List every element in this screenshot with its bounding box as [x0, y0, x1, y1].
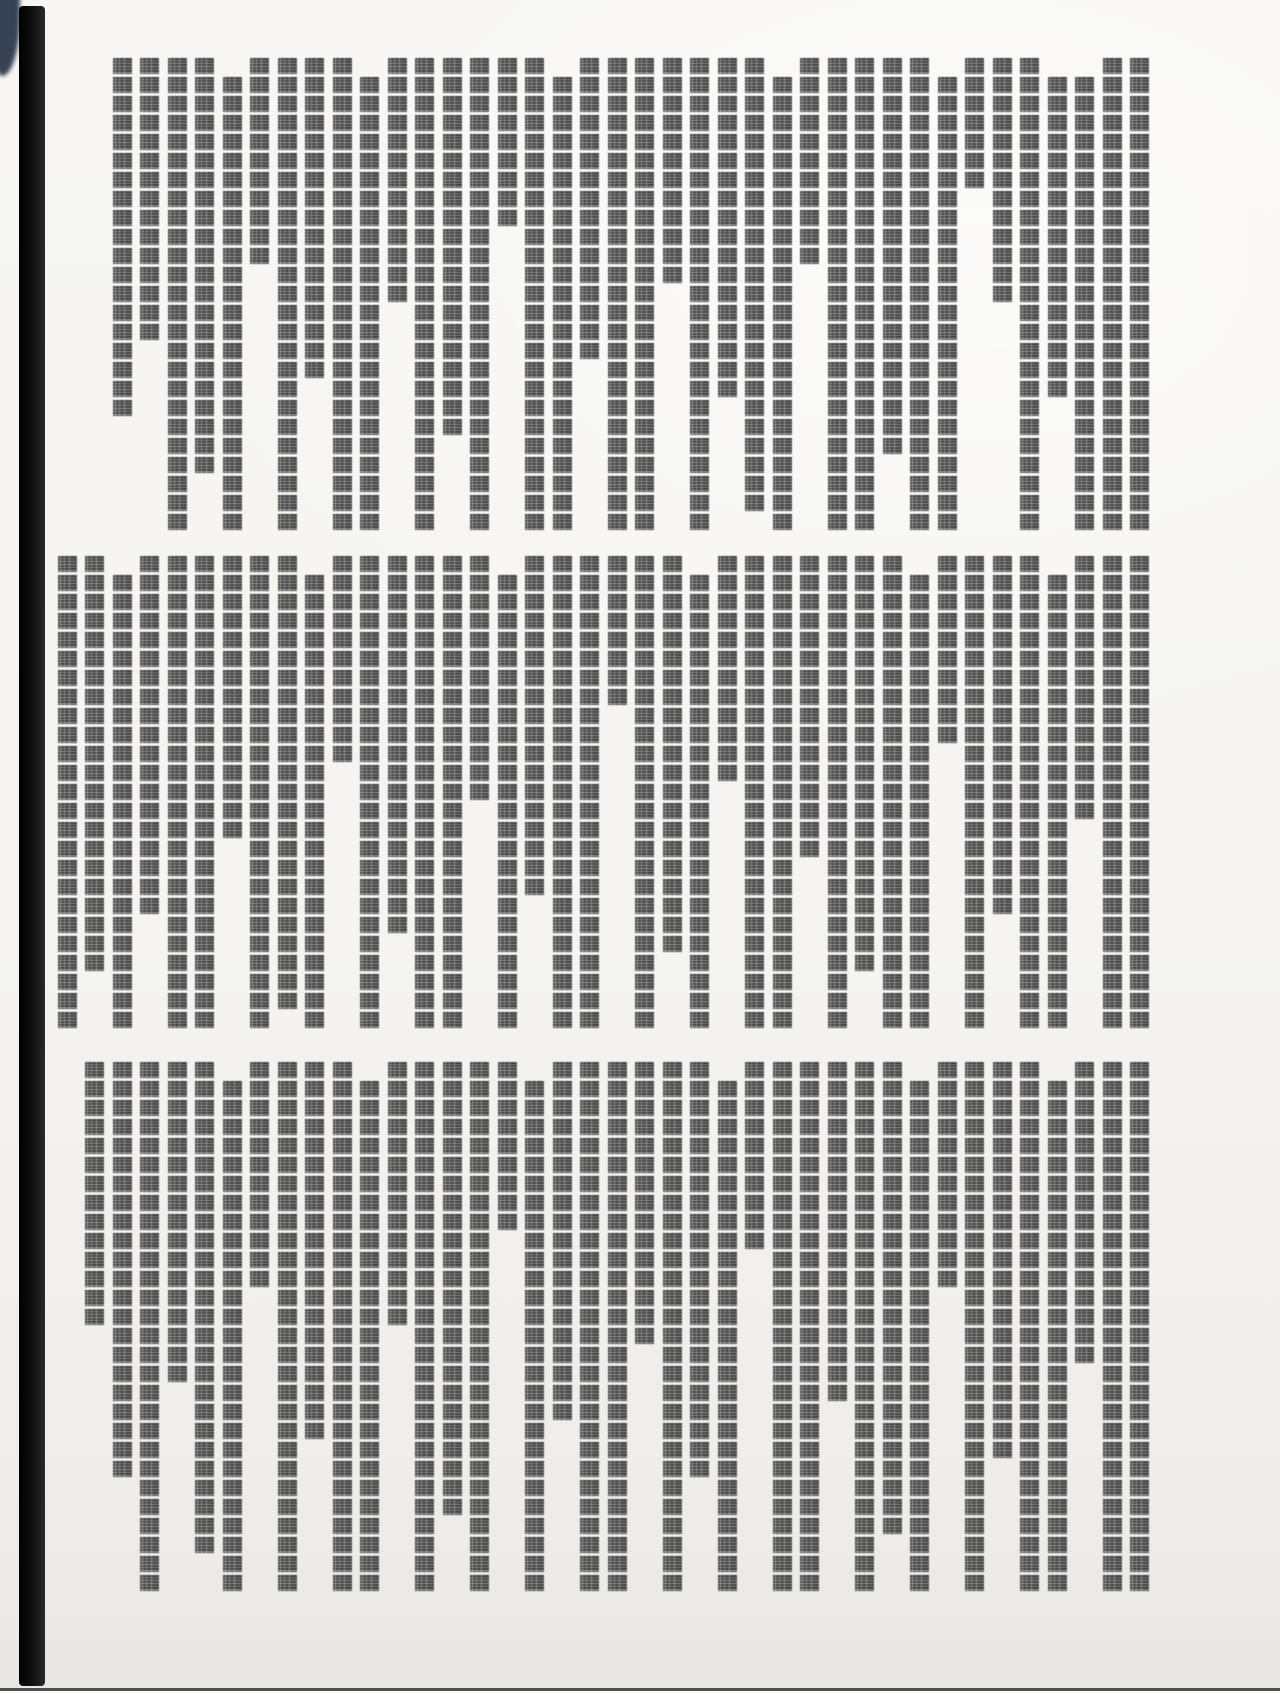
text-column — [1048, 1081, 1067, 1594]
text-column — [415, 1062, 434, 1594]
text-column — [883, 1062, 902, 1537]
text-column — [470, 1062, 489, 1594]
text-column — [360, 556, 379, 1031]
text-column — [993, 1062, 1012, 1461]
text-column — [883, 556, 902, 1031]
text-column — [553, 77, 572, 533]
text-column — [1048, 77, 1067, 400]
text-column — [690, 1062, 709, 1480]
text-column — [250, 556, 269, 1031]
text-column — [168, 556, 187, 1031]
text-column — [773, 1062, 792, 1594]
text-column — [1103, 1062, 1122, 1594]
text-column — [773, 77, 792, 533]
text-column — [1103, 58, 1122, 533]
text-column — [938, 1062, 957, 1290]
text-column — [745, 58, 764, 514]
text-block-bottom — [85, 1062, 1149, 1594]
text-column — [718, 58, 737, 400]
text-column — [553, 1062, 572, 1423]
text-column — [388, 58, 407, 305]
text-column — [333, 1062, 352, 1594]
text-column — [993, 58, 1012, 305]
text-column — [498, 58, 517, 229]
text-column — [113, 575, 132, 1031]
text-column — [250, 1062, 269, 1290]
text-column — [498, 1062, 517, 1233]
text-column — [993, 556, 1012, 917]
text-column — [663, 1062, 682, 1594]
text-column — [828, 58, 847, 533]
text-column — [883, 58, 902, 457]
text-column — [663, 556, 682, 955]
text-column — [140, 556, 159, 917]
text-column — [195, 556, 214, 1031]
text-column — [828, 556, 847, 1031]
text-column — [800, 58, 819, 267]
text-column — [745, 1062, 764, 1252]
text-column — [910, 58, 929, 533]
text-column — [938, 556, 957, 746]
text-column — [388, 1062, 407, 1328]
text-column — [168, 1062, 187, 1385]
text-column — [690, 58, 709, 533]
text-column — [470, 556, 489, 803]
text-column — [800, 1062, 819, 1594]
scan-corner-smudge — [0, 0, 20, 76]
text-column — [965, 556, 984, 1031]
text-column — [718, 556, 737, 784]
text-column — [498, 575, 517, 1031]
text-column — [443, 1062, 462, 1518]
text-column — [195, 1062, 214, 1556]
text-block-top — [113, 58, 1150, 533]
text-column — [800, 556, 819, 860]
text-column — [278, 58, 297, 533]
text-column — [443, 556, 462, 1031]
text-column — [278, 1062, 297, 1594]
text-column — [360, 1081, 379, 1594]
text-column — [635, 58, 654, 533]
text-column — [965, 1062, 984, 1594]
text-column — [745, 556, 764, 1031]
text-column — [663, 58, 682, 286]
text-column — [965, 58, 984, 191]
text-column — [388, 556, 407, 936]
text-column — [333, 556, 352, 765]
text-column — [525, 1081, 544, 1594]
text-column — [1020, 58, 1039, 533]
text-column — [140, 58, 159, 343]
text-column — [855, 556, 874, 974]
text-column — [855, 58, 874, 533]
text-column — [278, 556, 297, 1012]
text-column — [470, 58, 489, 533]
text-column — [608, 1062, 627, 1594]
text-column — [553, 556, 572, 1031]
text-column — [1020, 556, 1039, 1031]
text-column — [305, 575, 324, 1031]
text-column — [608, 58, 627, 533]
text-column — [250, 58, 269, 267]
text-column — [443, 58, 462, 438]
text-column — [305, 58, 324, 381]
text-column — [608, 556, 627, 708]
text-column — [525, 556, 544, 898]
text-column — [195, 58, 214, 476]
text-column — [415, 58, 434, 533]
text-column — [58, 556, 77, 1031]
text-column — [1130, 1062, 1149, 1594]
text-column — [773, 556, 792, 1031]
text-column — [580, 58, 599, 362]
text-column — [635, 556, 654, 1031]
text-column — [1075, 77, 1094, 533]
text-column — [113, 1062, 132, 1480]
text-column — [828, 1062, 847, 1404]
text-column — [1020, 1062, 1039, 1594]
text-column — [1048, 575, 1067, 1031]
text-column — [223, 1081, 242, 1594]
text-column — [910, 575, 929, 1031]
text-column — [85, 1062, 104, 1328]
text-column — [635, 1062, 654, 1347]
text-column — [1103, 556, 1122, 1031]
text-column — [1075, 556, 1094, 822]
text-column — [85, 556, 104, 974]
text-column — [113, 58, 132, 419]
text-column — [360, 77, 379, 533]
text-column — [168, 58, 187, 533]
text-column — [690, 575, 709, 1031]
text-column — [525, 58, 544, 533]
text-column — [855, 1062, 874, 1594]
text-column — [938, 77, 957, 533]
scan-gutter-bar — [19, 6, 45, 1686]
text-column — [1130, 58, 1149, 533]
text-column — [580, 1062, 599, 1594]
scanned-page: Text content intentionally not transcrib… — [0, 0, 1280, 1694]
text-column — [910, 1081, 929, 1594]
text-column — [305, 1062, 324, 1442]
text-column — [333, 58, 352, 533]
text-column — [140, 1062, 159, 1594]
text-column — [223, 77, 242, 533]
text-column — [580, 556, 599, 1031]
text-column — [223, 556, 242, 841]
text-block-middle — [58, 556, 1150, 1031]
text-column — [415, 556, 434, 1031]
text-column — [1075, 1062, 1094, 1366]
text-column — [1130, 556, 1149, 1031]
text-column — [718, 1081, 737, 1594]
